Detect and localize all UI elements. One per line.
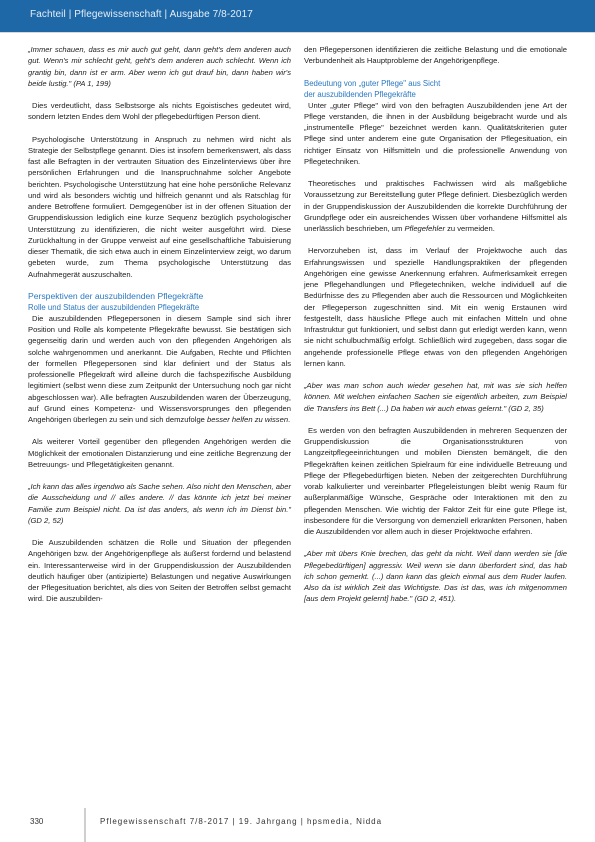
body-paragraph: Es werden von den befragten Auszubildend… [304,425,567,538]
body-paragraph: Die auszubildenden Pflegepersonen in die… [28,313,291,426]
section-heading: Bedeutung von „guter Pflege" aus Sicht [304,78,567,89]
body-paragraph: Als weiterer Vorteil gegenüber den pfleg… [28,436,291,470]
left-column: „Immer schauen, dass es mir auch gut geh… [28,44,291,605]
body-paragraph: Hervorzuheben ist, dass im Verlauf der P… [304,245,567,369]
body-paragraph: den Pflegepersonen identifizieren die ze… [304,44,567,67]
section-heading-line2: der auszubildenden Pflegekräfte [304,89,567,100]
section-heading: Perspektiven der auszubildenden Pflegekr… [28,291,291,302]
subsection-heading: Rolle und Status der auszubildenden Pfle… [28,302,291,313]
interview-quote: „Ich kann das alles irgendwo als Sache s… [28,481,291,526]
emphasis-text: besser helfen zu wissen [207,415,288,424]
right-column: den Pflegepersonen identifizieren die ze… [304,44,567,605]
body-paragraph: Die Auszubildenden schätzen die Rolle un… [28,537,291,605]
running-header-title: Fachteil | Pflegewissenschaft | Ausgabe … [30,9,253,20]
header-bar: Fachteil | Pflegewissenschaft | Ausgabe … [0,0,595,32]
paragraph-text: Die auszubildenden Pflegepersonen in die… [28,314,291,424]
body-paragraph: Dies verdeutlicht, dass Selbstsorge als … [28,100,291,123]
body-paragraph: Unter „guter Pflege" wird von den befrag… [304,100,567,168]
body-paragraph: Theoretisches und praktisches Fachwissen… [304,178,567,234]
interview-quote: „Immer schauen, dass es mir auch gut geh… [28,44,291,89]
paragraph-text: . [288,415,290,424]
interview-quote: „Aber mit übers Knie brechen, das geht d… [304,548,567,604]
body-paragraph: Psychologische Unterstützung in Anspruch… [28,134,291,280]
footer-journal-info: Pflegewissenschaft 7/8-2017 | 19. Jahrga… [100,817,382,826]
page-number: 330 [30,817,43,826]
emphasis-text: Pflegefehler [404,224,445,233]
footer-divider [84,808,86,842]
header-divider [0,32,595,33]
interview-quote: „Aber was man schon auch wieder gesehen … [304,380,567,414]
paragraph-text: zu vermeiden. [445,224,495,233]
